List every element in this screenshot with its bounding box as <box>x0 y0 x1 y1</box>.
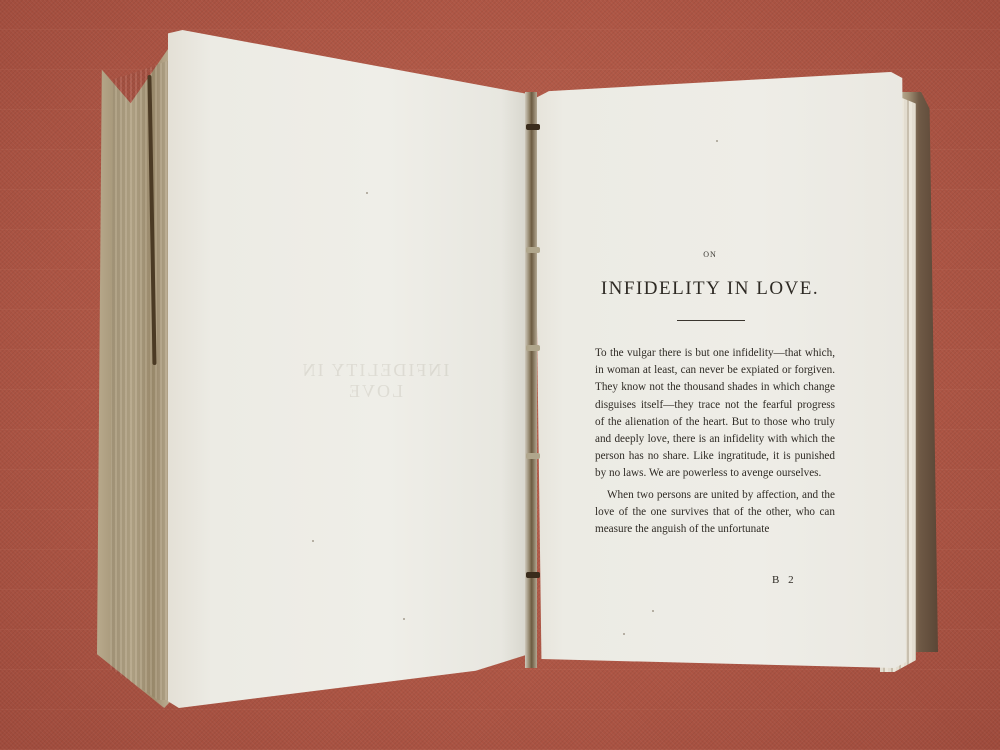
foxing-speck <box>403 618 405 620</box>
binding-stitch <box>526 345 540 351</box>
chapter-title: INFIDELITY IN LOVE. <box>560 278 860 300</box>
title-rule-divider <box>677 320 745 321</box>
paragraph-2: When two persons are united by affection… <box>595 487 835 539</box>
foxing-speck <box>366 192 368 194</box>
binding-stitch <box>526 124 540 130</box>
paragraph-1: To the vulgar there is but one infidelit… <box>595 345 835 483</box>
foxing-speck <box>716 140 718 142</box>
left-page-show-through-text: INFIDELITY IN LOVE <box>290 360 460 382</box>
foxing-speck <box>312 540 314 542</box>
binding-stitch <box>526 572 540 578</box>
left-page-edge-texture <box>110 60 170 700</box>
chapter-body-text: To the vulgar there is but one infidelit… <box>595 345 835 538</box>
foxing-speck <box>652 610 654 612</box>
chapter-heading-prefix: ON <box>560 250 860 259</box>
printer-signature-mark: B 2 <box>772 574 832 586</box>
book-gutter-spine <box>525 92 537 668</box>
binding-stitch <box>526 453 540 459</box>
foxing-speck <box>623 633 625 635</box>
binding-stitch <box>526 247 540 253</box>
